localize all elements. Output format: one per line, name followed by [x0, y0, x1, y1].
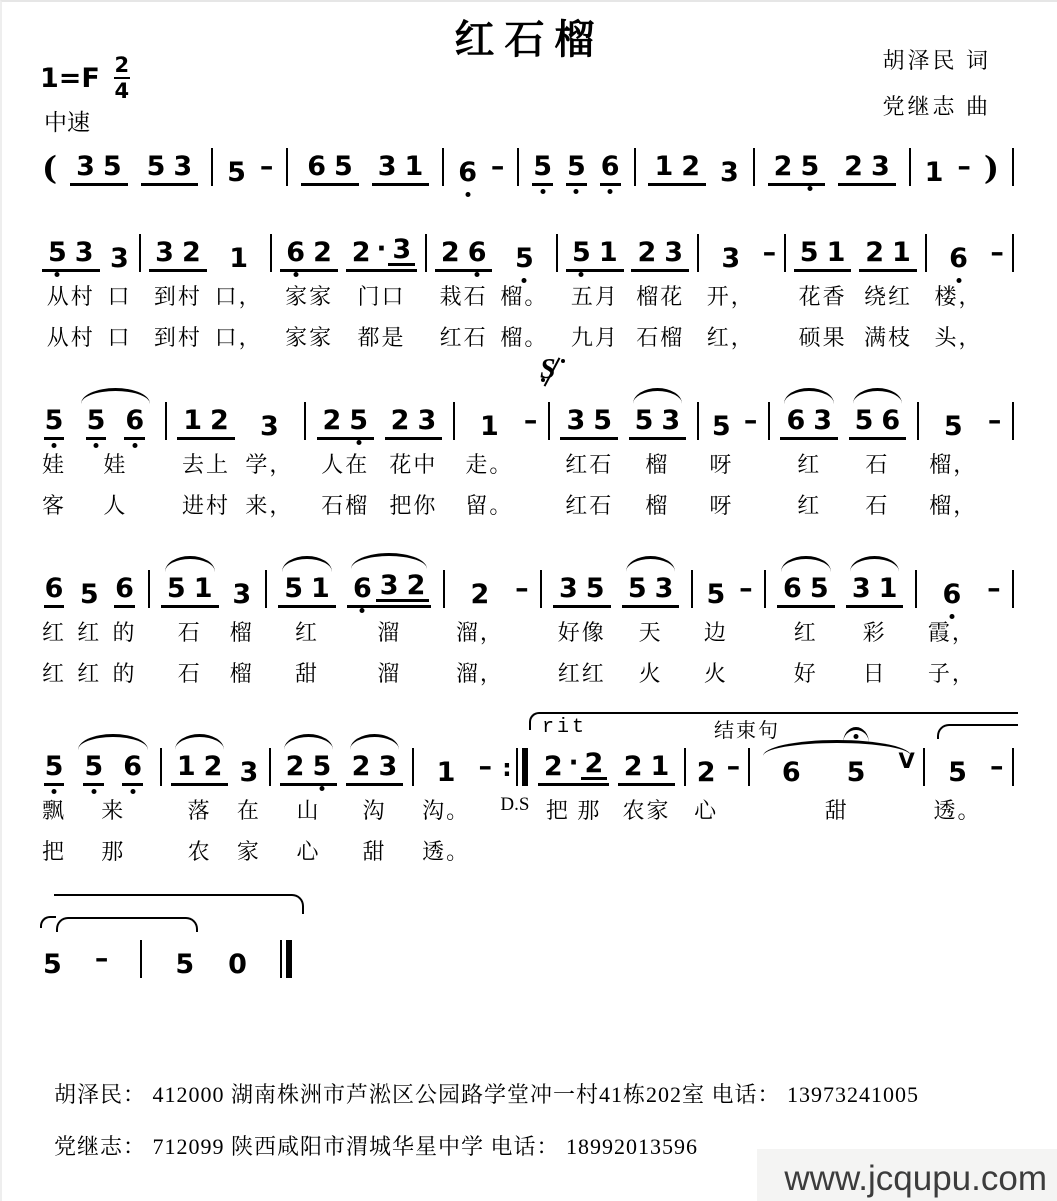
barline-stroke — [925, 234, 927, 272]
low-octave-dot — [91, 789, 96, 794]
low-octave-dot — [540, 189, 545, 194]
barline-stroke — [516, 748, 518, 786]
note: 3 — [377, 753, 398, 780]
measure-row: 53从村从村3口口32到村到村1口，口，62家家家家2·3门口都是26栽石红石5… — [42, 226, 1014, 354]
lyric-line-1: 花中 — [389, 448, 437, 481]
low-octave-dot — [475, 272, 480, 277]
note: 3 — [377, 153, 398, 180]
note: 1 — [404, 153, 425, 180]
note-area: – — [763, 226, 777, 272]
note-area: 25 — [317, 394, 375, 440]
note-area: 5 — [42, 932, 63, 978]
barline — [764, 570, 766, 608]
lyric-line-2: 红， — [707, 321, 755, 354]
barline-stroke — [442, 148, 444, 186]
note: 0 — [227, 951, 248, 978]
note-area — [265, 562, 267, 608]
lyric-line-1: 楼， — [935, 280, 983, 313]
lyric-line-2: 日 — [863, 657, 887, 690]
tempo-marking: 中速 — [44, 104, 90, 137]
lyric-line-1: 飘 — [42, 794, 66, 827]
barline-stroke — [270, 234, 272, 272]
note-area: 53 — [141, 140, 199, 186]
sixteenth-subgroup: 3 — [388, 236, 415, 266]
barline-stroke — [915, 570, 917, 608]
note-area — [540, 562, 542, 608]
lyric-line-2: 溜， — [456, 657, 504, 690]
barline-stroke — [140, 940, 142, 978]
beamed-note-group: 62 — [280, 239, 338, 272]
notation-column — [280, 932, 292, 978]
note-area: 6 — [457, 140, 478, 186]
note-area: 53 — [629, 394, 687, 440]
note: 5 — [333, 153, 354, 180]
note-area — [443, 562, 445, 608]
lyric-line-1: 到村 — [154, 280, 202, 313]
notation-column: 62家家家家 — [280, 226, 338, 354]
note: 2 — [469, 581, 490, 608]
lyric-line-1: 红 — [794, 616, 818, 649]
lyric-line-2: 都是 — [357, 321, 405, 354]
low-octave-dot — [608, 189, 613, 194]
note-area: 23 — [385, 394, 443, 440]
note-area — [748, 740, 750, 786]
note-area: 2·2 — [538, 740, 609, 786]
lyric-line-1: 榴 — [645, 448, 669, 481]
note: 1 — [479, 413, 500, 440]
lyric-line-2: 红 — [77, 657, 101, 690]
lyric-line-2: 好 — [794, 657, 818, 690]
lyric-line-2: 榴。 — [500, 321, 548, 354]
note: 5 — [532, 153, 553, 186]
notation-column — [764, 562, 766, 690]
notation-column: 26栽石红石 — [435, 226, 493, 354]
lyric-line-1: 学， — [245, 448, 293, 481]
barline — [265, 570, 267, 608]
note: 3 — [172, 153, 193, 180]
lyric-line-2: 口 — [107, 321, 131, 354]
notation-column: 5呀呀 — [709, 394, 733, 522]
note-area: – — [515, 562, 529, 608]
lyric-line-2: 红石 — [565, 489, 613, 522]
note-area: 5 — [44, 394, 65, 440]
note-area — [697, 226, 699, 272]
notation-column — [165, 394, 167, 522]
notation-column: 12 — [648, 140, 706, 186]
barline — [412, 748, 414, 786]
note: 2 — [390, 407, 411, 434]
note-area — [442, 140, 444, 186]
beamed-note-group: 65 — [777, 575, 835, 608]
notation-column: 0 — [227, 932, 248, 978]
note-area: 23 — [838, 140, 896, 186]
notation-column: 23沟甜 — [346, 740, 404, 868]
note-area: 56 — [849, 394, 907, 440]
duration-dash: – — [739, 575, 753, 608]
note: 6 — [948, 245, 969, 272]
notation-column: – — [739, 562, 753, 690]
notation-column: – — [515, 562, 529, 690]
time-signature: 2 4 — [114, 54, 130, 102]
note: 5 — [799, 153, 820, 180]
note: 3 — [654, 575, 675, 602]
note: 2 — [773, 153, 794, 180]
augmentation-dot: · — [567, 750, 581, 780]
lyric-line-2: 人 — [103, 489, 127, 522]
notation-column: 23榴花石榴 — [631, 226, 689, 354]
barline-stroke — [684, 748, 686, 786]
note-area: – — [524, 394, 538, 440]
note: 2 — [312, 239, 333, 266]
note-area: 51 — [794, 226, 852, 272]
note: 2 — [406, 572, 427, 599]
lyric-line-1: 呀 — [709, 448, 733, 481]
notation-column — [915, 562, 917, 690]
lyric-line-1: 好像 — [558, 616, 606, 649]
notation-column: 6红红 — [42, 562, 66, 690]
lyric-line-1: 在 — [237, 794, 261, 827]
note-area: 25 — [768, 140, 826, 186]
notation-column: 632溜溜 — [347, 562, 431, 690]
lyric-line-1: 走。 — [465, 448, 513, 481]
lyric-line-1: 红 — [295, 616, 319, 649]
low-octave-dot — [132, 443, 137, 448]
note: 1 — [924, 159, 945, 186]
notation-column: 5飘把 — [42, 740, 66, 868]
notation-column: ) — [984, 140, 999, 186]
low-octave-dot — [293, 272, 298, 277]
note: 5 — [146, 153, 167, 180]
note: 3 — [663, 239, 684, 266]
notation-column — [517, 140, 519, 186]
note-area: 51 — [566, 226, 624, 272]
beamed-note-group: 56 — [849, 407, 907, 440]
beamed-note-group: 23 — [838, 153, 896, 186]
duration-dash: – — [478, 753, 492, 786]
barline-stroke — [269, 748, 271, 786]
beamed-note-group: 23 — [346, 753, 404, 786]
note-area: 56 — [74, 740, 152, 786]
lyric-line-2: 进村 — [182, 489, 230, 522]
note: 3 — [870, 153, 891, 180]
notation-column — [768, 394, 770, 522]
note-area: 21 — [859, 226, 917, 272]
notation-column — [684, 740, 686, 868]
note-area: 632 — [347, 562, 431, 608]
notation-column — [1012, 740, 1014, 868]
note: 5 — [42, 951, 63, 978]
notation-column: 3 — [719, 140, 740, 186]
lyric-line-1: 红 — [42, 616, 66, 649]
notation-column: – — [987, 562, 1001, 690]
note-area — [925, 226, 927, 272]
barline-stroke — [753, 148, 755, 186]
notation-column: 1走。留。 — [465, 394, 513, 522]
note-area — [764, 562, 766, 608]
note-area: 3 — [109, 226, 130, 272]
notation-column: – — [763, 226, 777, 354]
note: 1 — [653, 153, 674, 180]
barline-stroke — [540, 570, 542, 608]
notation-column: ( — [42, 140, 57, 186]
notation-column: 5边火 — [704, 562, 728, 690]
barline-stroke — [917, 402, 919, 440]
note: 6 — [785, 407, 806, 434]
duration-dash: – — [988, 407, 1002, 440]
notation-column: 65V甜 — [759, 740, 915, 868]
note: 2 — [843, 153, 864, 180]
note-area: 6 — [114, 562, 135, 608]
beamed-note-group: 35 — [553, 575, 611, 608]
note: 5 — [711, 413, 732, 440]
barline-stroke — [556, 234, 558, 272]
slurred-note-group: 56 — [74, 753, 152, 786]
barline-stroke — [517, 148, 519, 186]
notation-column: 3学，来， — [245, 394, 293, 522]
note: 5 — [571, 239, 592, 266]
note-area: ) — [984, 140, 999, 186]
barline — [909, 148, 911, 186]
note-area: 2 — [469, 562, 490, 608]
notation-column: 2溜，溜， — [456, 562, 504, 690]
barline — [697, 402, 699, 440]
beamed-note-group: 53 — [629, 407, 687, 440]
barline — [442, 148, 444, 186]
note: 6 — [114, 575, 135, 608]
note-area: 65 — [777, 562, 835, 608]
note: 6 — [941, 581, 962, 608]
notation-column: 56来那 — [74, 740, 152, 868]
measure-row: (35535–65316–55612325231–) — [42, 140, 1014, 186]
barline — [753, 148, 755, 186]
duration-dash: – — [524, 407, 538, 440]
barline-thick-stroke — [286, 940, 292, 978]
lyric-line-1: 霞， — [928, 616, 976, 649]
measure-row: 6红红5红红6的的51石石3榴榴51红甜632溜溜2溜，溜，–35好像红红53天… — [42, 562, 1014, 690]
note: 5 — [585, 575, 606, 602]
breath-mark: V — [898, 749, 914, 773]
barline-stroke — [1012, 148, 1014, 186]
notation-column: 2·3门口都是 — [346, 226, 417, 354]
note-area: – — [739, 562, 753, 608]
lyric-line-1: 榴 — [230, 616, 254, 649]
barline — [1012, 234, 1014, 272]
barline-stroke — [286, 148, 288, 186]
beamed-note-group: 51 — [794, 239, 852, 272]
note-area: 5 — [705, 562, 726, 608]
note: 6 — [782, 575, 803, 602]
contact-composer: 党继志： 712099 陕西咸阳市渭城华星中学 电话： 18992013596 — [54, 1130, 698, 1161]
note-area: 65 — [301, 140, 359, 186]
notation-column — [286, 140, 288, 186]
note-area: 12 — [177, 394, 235, 440]
notation-column — [265, 562, 267, 690]
notation-column — [925, 226, 927, 354]
barline-stroke — [304, 402, 306, 440]
notation-column: 51石石 — [161, 562, 219, 690]
barline — [634, 148, 636, 186]
website-link[interactable]: www.jcqupu.com — [784, 1159, 1047, 1199]
lyric-line-1: 榴花 — [636, 280, 684, 313]
note-area: 5 — [943, 394, 964, 440]
note-area — [909, 140, 911, 186]
barline — [1012, 570, 1014, 608]
note: 6 — [44, 575, 65, 608]
note: 1 — [193, 575, 214, 602]
lyric-line-1: 沟 — [362, 794, 386, 827]
note: 2 — [440, 239, 461, 266]
note: 5 — [47, 239, 68, 266]
note: 3 — [74, 239, 95, 266]
note-area: – — [988, 394, 1002, 440]
note-area: 62 — [280, 226, 338, 272]
lyric-line-2: 那 — [101, 835, 125, 868]
lyric-line-1: 天 — [639, 616, 663, 649]
meter-numerator: 2 — [115, 54, 130, 76]
note: 2 — [322, 407, 343, 434]
segno-dot — [561, 359, 565, 363]
beamed-note-group: 23 — [385, 407, 443, 440]
barline — [269, 748, 271, 786]
note: 6 — [467, 239, 488, 266]
note-area: 5 — [947, 740, 968, 786]
notation-column — [140, 932, 142, 978]
note: 2 — [680, 153, 701, 180]
note-area: – — [491, 140, 505, 186]
barline-stroke — [425, 234, 427, 272]
duration-dash: – — [727, 753, 741, 786]
beamed-note-group: 2·2 — [538, 750, 609, 786]
repeat-dots: : — [502, 756, 512, 786]
lyric-line-2: 九月 — [571, 321, 619, 354]
note-area — [211, 140, 213, 186]
low-octave-dot — [55, 272, 60, 277]
beamed-note-group: 25 — [317, 407, 375, 440]
barline — [139, 234, 141, 272]
low-octave-dot — [356, 440, 361, 445]
barline — [748, 748, 750, 786]
barline-stroke — [548, 402, 550, 440]
notation-column: 32到村到村 — [149, 226, 207, 354]
lyric-line-1: 口， — [215, 280, 263, 313]
low-octave-dot — [807, 186, 812, 191]
barline — [425, 234, 427, 272]
note: 3 — [416, 407, 437, 434]
lyric-line-2: 把你 — [389, 489, 437, 522]
barline-stroke — [1012, 234, 1014, 272]
note: 5 — [311, 753, 332, 780]
note-area: 65V — [759, 740, 915, 786]
notation-column: 53天火 — [622, 562, 680, 690]
note: 1 — [598, 239, 619, 266]
barline — [1012, 402, 1014, 440]
note: 5 — [947, 759, 968, 786]
lyric-line-2: 口， — [215, 321, 263, 354]
note-area — [139, 226, 141, 272]
notation-column: 51花香硕果 — [794, 226, 852, 354]
sixteenth-subgroup: 2 — [581, 750, 608, 780]
note-area: 5 — [711, 394, 732, 440]
note: 2 — [864, 239, 885, 266]
low-octave-dot — [522, 278, 527, 283]
composer-credit: 党继志 曲 — [882, 90, 991, 121]
barline — [211, 148, 213, 186]
note: 5 — [627, 575, 648, 602]
note: 3 — [259, 413, 280, 440]
barline-stroke — [443, 570, 445, 608]
beamed-note-group: 51 — [161, 575, 219, 608]
note: 1 — [182, 407, 203, 434]
duration-dash: – — [260, 153, 274, 186]
barline: S — [548, 402, 550, 440]
music-system: (35535–65316–55612325231–) — [42, 140, 1014, 186]
lyric-line-1: 从村 — [47, 280, 95, 313]
barline — [768, 402, 770, 440]
notation-column: S — [548, 394, 550, 522]
notation-column: 51五月九月 — [566, 226, 624, 354]
low-octave-dot — [93, 443, 98, 448]
lyric-line-1: 山 — [296, 794, 320, 827]
tie-to-next-line — [937, 724, 1018, 739]
lyric-line-1: 甜 — [825, 794, 849, 827]
lyric-line-1: 石 — [178, 616, 202, 649]
notation-column: – — [744, 394, 758, 522]
slurred-note-group: 65V — [759, 759, 915, 786]
note-area — [917, 394, 919, 440]
notation-column: 5 — [532, 140, 553, 186]
notation-column: 53榴榴 — [629, 394, 687, 522]
lyric-line-2: 红 — [42, 657, 66, 690]
note-area — [691, 562, 693, 608]
note-area: : — [502, 740, 528, 786]
note-area: 3 — [238, 740, 259, 786]
notation-column: 5榴，榴， — [929, 394, 977, 522]
barline — [923, 748, 925, 786]
barline-stroke — [165, 402, 167, 440]
note-area: 1 — [228, 226, 249, 272]
notation-column — [139, 226, 141, 354]
notation-column — [412, 740, 414, 868]
notation-column: – — [990, 740, 1004, 868]
note-area: 35 — [70, 140, 128, 186]
note: 2 — [584, 750, 605, 777]
note: 3 — [231, 581, 252, 608]
lyric-line-1: 去上 — [182, 448, 230, 481]
note: 2 — [285, 753, 306, 780]
notation-column: – — [260, 140, 274, 186]
notation-column: 2·2把 那 — [538, 740, 609, 868]
note: 2 — [543, 753, 564, 780]
note: 6 — [880, 407, 901, 434]
beamed-note-group: 35 — [70, 153, 128, 186]
notation-column: – — [988, 394, 1002, 522]
note-area: 3 — [259, 394, 280, 440]
note: 5 — [102, 153, 123, 180]
barline — [684, 748, 686, 786]
note-area: 3 — [720, 226, 741, 272]
notation-column: – — [990, 226, 1004, 354]
note-area — [286, 140, 288, 186]
tie-arc — [56, 917, 198, 932]
barline — [1012, 748, 1014, 786]
note: 5 — [174, 951, 195, 978]
note: 5 — [705, 581, 726, 608]
note: 5 — [86, 407, 107, 440]
note-area: 31 — [372, 140, 430, 186]
note: 3 — [109, 245, 130, 272]
note-area — [923, 740, 925, 786]
lyric-line-2: 家家 — [285, 321, 333, 354]
